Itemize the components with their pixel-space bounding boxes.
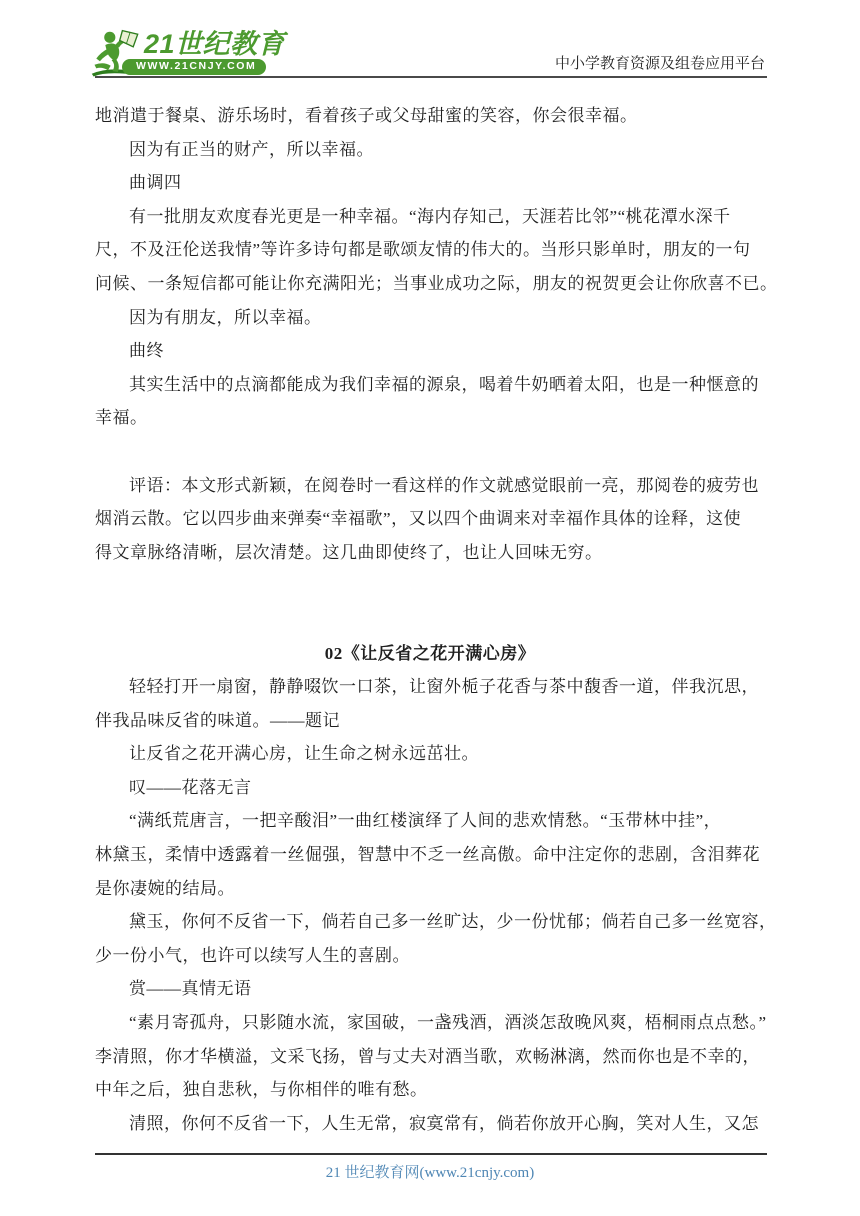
text-line: 伴我品味反省的味道。——题记 <box>95 704 765 738</box>
blank-line <box>95 569 765 603</box>
text-line: “素月寄孤舟，只影随水流，家国破，一盏残酒，酒淡怎敌晚风爽，梧桐雨点点愁。” <box>95 1006 765 1040</box>
text-line: 黛玉，你何不反省一下，倘若自己多一丝旷达，少一份忧郁；倘若自己多一丝宽容， <box>95 905 765 939</box>
text-line: 评语：本文形式新颖，在阅卷时一看这样的作文就感觉眼前一亮，那阅卷的疲劳也 <box>95 469 765 503</box>
text-line: 清照，你何不反省一下，人生无常，寂寞常有，倘若你放开心胸，笑对人生，又怎 <box>95 1107 765 1141</box>
text-line: 少一份小气，也许可以续写人生的喜剧。 <box>95 939 765 973</box>
footer-site-text: 21 世纪教育网(www.21cnjy.com) <box>0 1161 860 1182</box>
text-line: 幸福。 <box>95 401 765 435</box>
footer-divider <box>95 1153 767 1155</box>
text-line: 烟消云散。它以四步曲来弹奏“幸福歌”，又以四个曲调来对幸福作具体的诠释，这使 <box>95 502 765 536</box>
blank-line <box>95 435 765 469</box>
text-line: 曲终 <box>95 334 765 368</box>
blank-line <box>95 603 765 637</box>
text-line: 尺，不及汪伦送我情”等许多诗句都是歌颂友情的伟大的。当形只影单时，朋友的一句 <box>95 233 765 267</box>
text-line: 赏——真情无语 <box>95 972 765 1006</box>
text-line: 得文章脉络清晰，层次清楚。这几曲即使终了，也让人回味无穷。 <box>95 536 765 570</box>
text-line: 让反省之花开满心房，让生命之树永远茁壮。 <box>95 737 765 771</box>
text-line: 李清照，你才华横溢，文采飞扬，曾与丈夫对酒当歌，欢畅淋漓，然而你也是不幸的， <box>95 1040 765 1074</box>
brand-name: 21世纪教育 <box>144 30 285 58</box>
text-line: 其实生活中的点滴都能成为我们幸福的源泉，喝着牛奶晒着太阳，也是一种惬意的 <box>95 368 765 402</box>
text-line: 叹——花落无言 <box>95 771 765 805</box>
text-line: 因为有朋友，所以幸福。 <box>95 301 765 335</box>
text-line: 曲调四 <box>95 166 765 200</box>
brand-url-badge: WWW.21CNJY.COM <box>122 59 266 75</box>
document-page: 21世纪教育 WWW.21CNJY.COM 中小学教育资源及组卷应用平台 地消遣… <box>0 0 860 1216</box>
text-line: “满纸荒唐言，一把辛酸泪”一曲红楼演绎了人间的悲欢情愁。“玉带林中挂”， <box>95 804 765 838</box>
text-line: 因为有正当的财产，所以幸福。 <box>95 133 765 167</box>
text-line: 地消遣于餐桌、游乐场时，看着孩子或父母甜蜜的笑容，你会很幸福。 <box>95 99 765 133</box>
document-body: 地消遣于餐桌、游乐场时，看着孩子或父母甜蜜的笑容，你会很幸福。因为有正当的财产，… <box>95 99 765 1140</box>
text-line: 是你凄婉的结局。 <box>95 872 765 906</box>
header-divider <box>95 76 767 78</box>
text-line: 有一批朋友欢度春光更是一种幸福。“海内存知己，天涯若比邻”“桃花潭水深千 <box>95 200 765 234</box>
platform-tagline: 中小学教育资源及组卷应用平台 <box>555 52 765 73</box>
text-line: 02《让反省之花开满心房》 <box>95 637 765 671</box>
text-line: 问候、一条短信都可能让你充满阳光；当事业成功之际，朋友的祝贺更会让你欣喜不已。 <box>95 267 765 301</box>
text-line: 中年之后，独自悲秋，与你相伴的唯有愁。 <box>95 1073 765 1107</box>
text-line: 林黛玉，柔情中透露着一丝倔强，智慧中不乏一丝高傲。命中注定你的悲剧，含泪葬花 <box>95 838 765 872</box>
site-logo: 21世纪教育 WWW.21CNJY.COM <box>90 26 310 78</box>
text-line: 轻轻打开一扇窗，静静啜饮一口茶，让窗外栀子花香与茶中馥香一道，伴我沉思， <box>95 670 765 704</box>
